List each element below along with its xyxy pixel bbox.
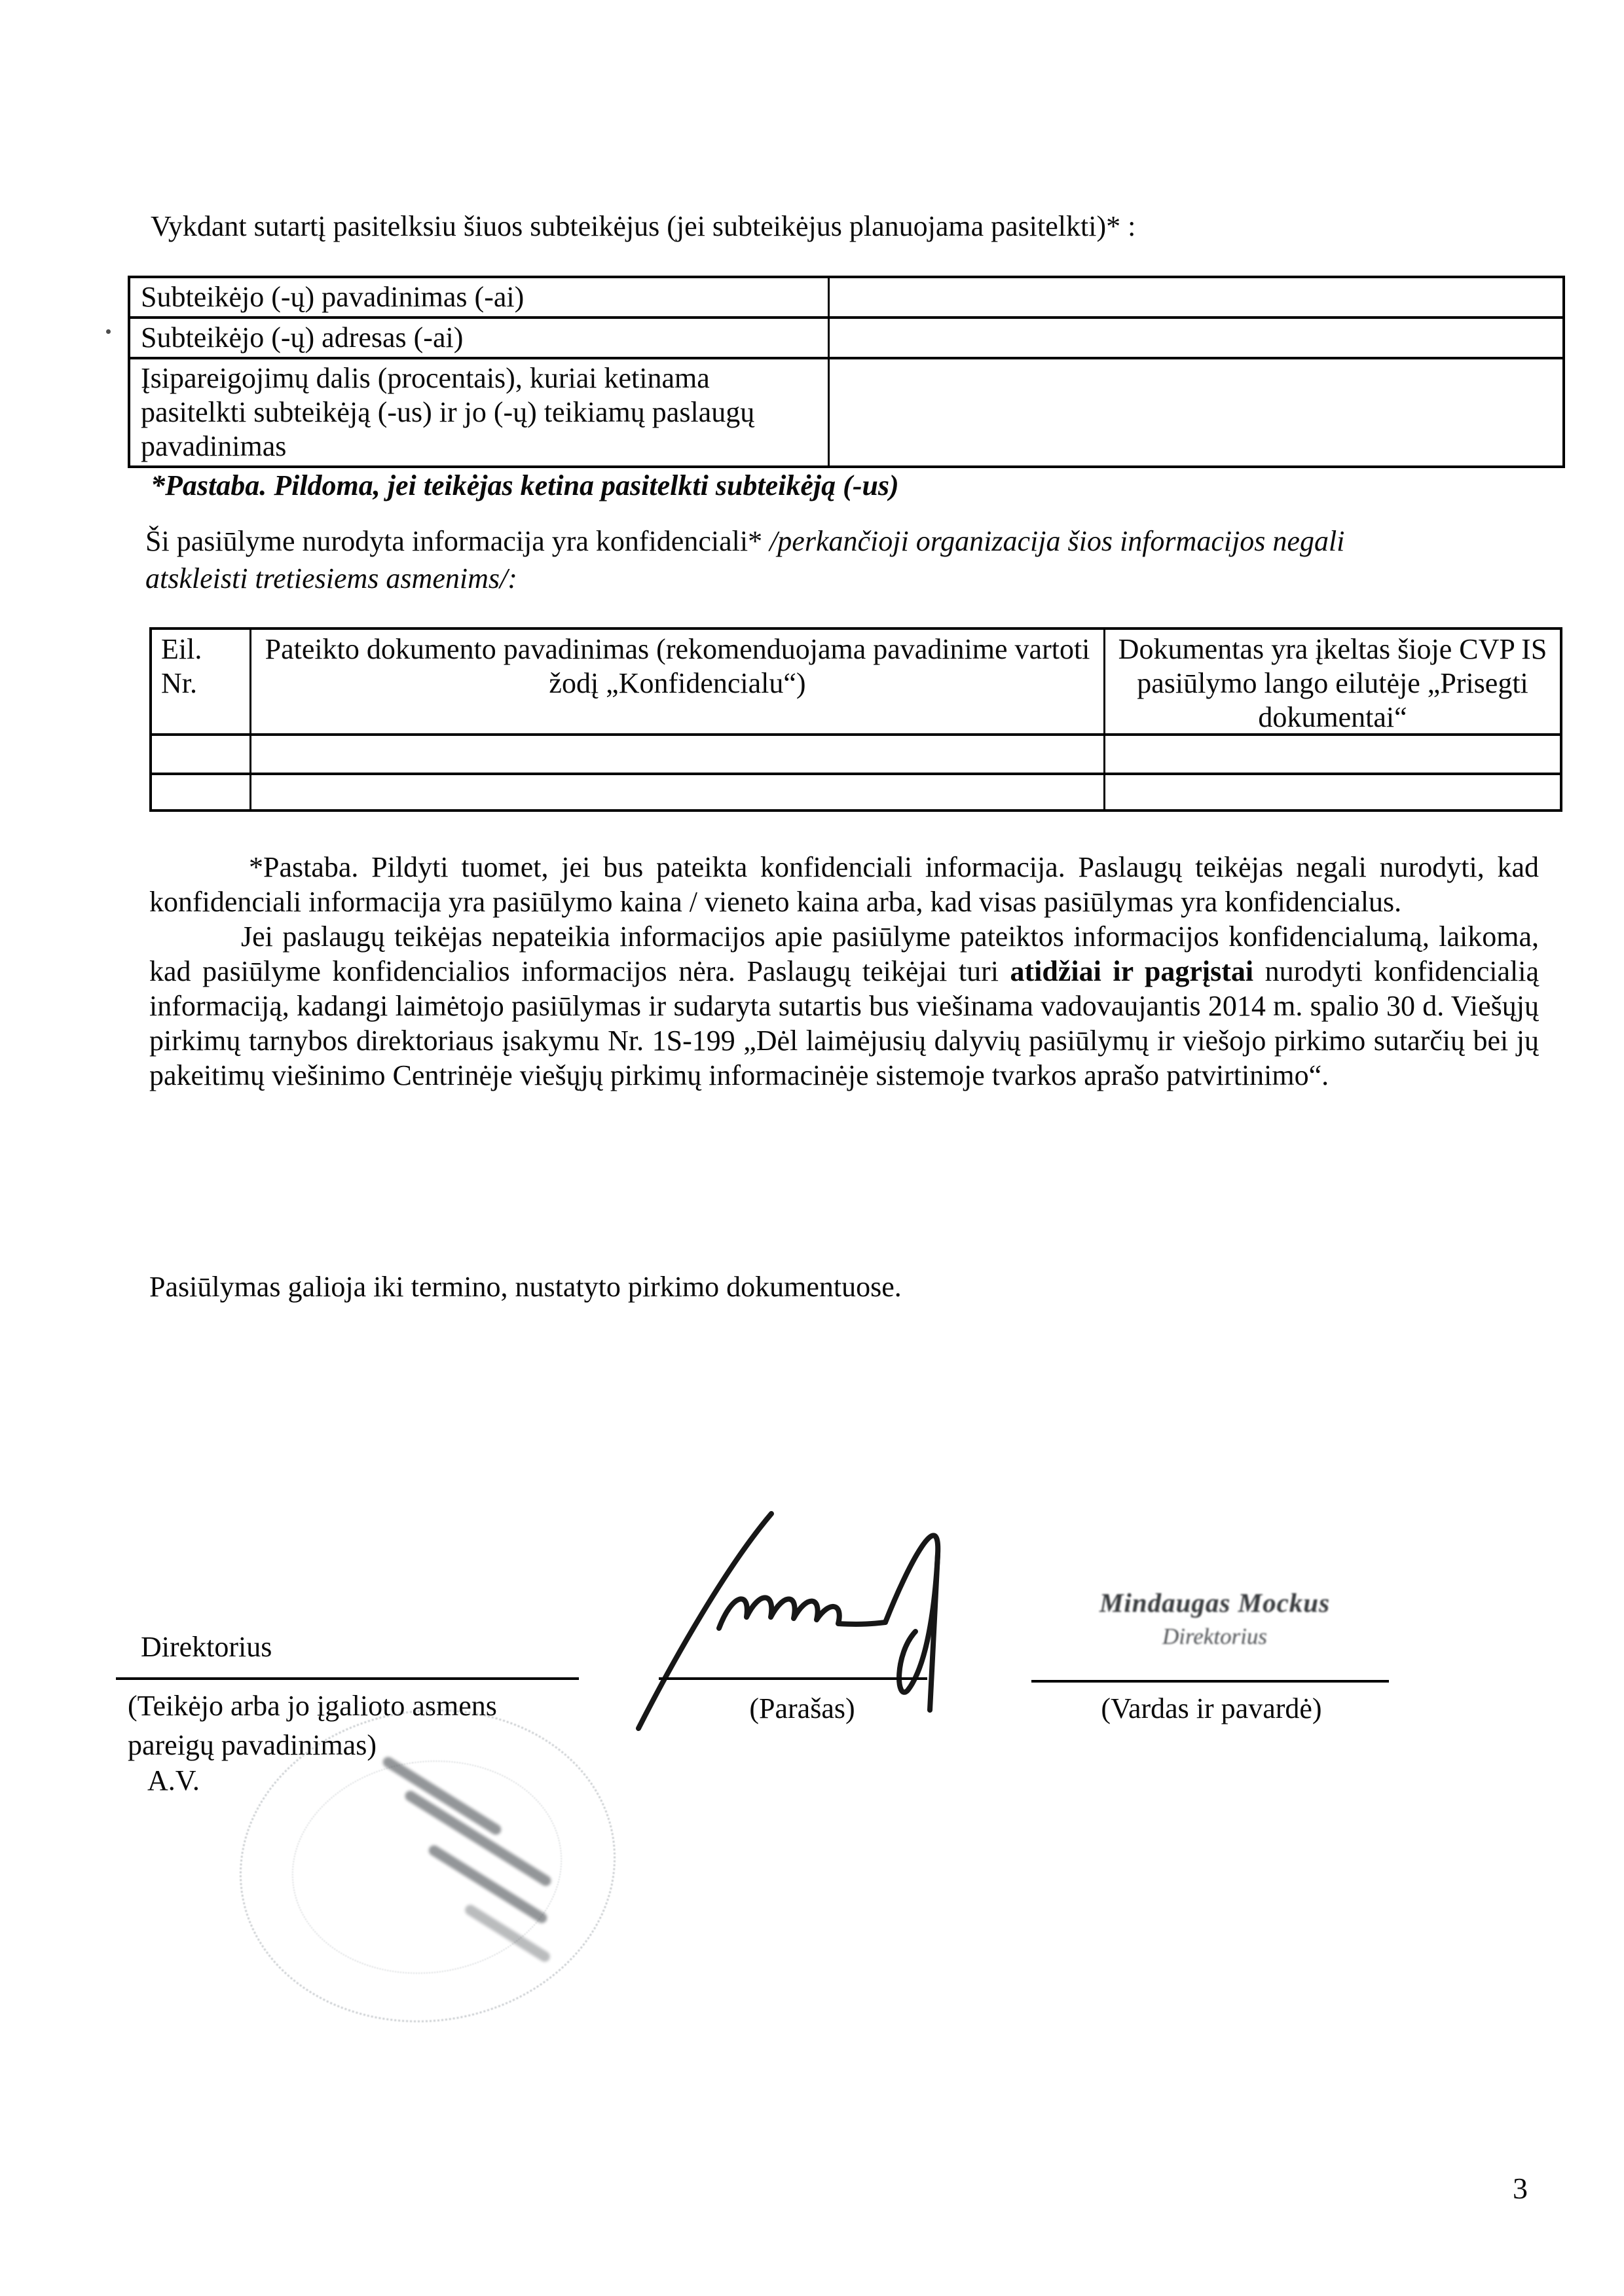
scanned-document-page: { "intro": { "line": "Vykdant sutartį pa…: [0, 0, 1624, 2296]
notes-paragraphs: *Pastaba. Pildyti tuomet, jei bus pateik…: [149, 850, 1539, 1093]
table-row-cell: [1105, 733, 1560, 773]
signer-position-title: Direktorius: [141, 1630, 272, 1664]
subcontractor-share-value: [830, 357, 1562, 465]
handwritten-signature: [602, 1494, 1074, 1743]
stamped-name: Mindaugas Mockus: [1067, 1587, 1362, 1618]
seal-abbreviation: A.V.: [147, 1764, 200, 1797]
subcontractor-name-value: [830, 278, 1562, 316]
table-row-cell: [152, 733, 251, 773]
table-row-cell: [1105, 773, 1560, 809]
confidentiality-intro: Ši pasiūlyme nurodyta informacija yra ko…: [145, 522, 1350, 597]
note-paragraph-2-bold: atidžiai ir pagrįstai: [1010, 955, 1254, 987]
validity-line: Pasiūlymas galioja iki termino, nustatyt…: [149, 1270, 902, 1303]
col-header-cvp-row: Dokumentas yra įkeltas šioje CVP IS pasi…: [1105, 630, 1560, 733]
subcontractor-name-label: Subteikėjo (-ų) pavadinimas (-ai): [130, 278, 830, 316]
stamped-title: Direktorius: [1067, 1624, 1362, 1650]
signature-line-left: [116, 1677, 579, 1680]
subcontractor-table-note: *Pastaba. Pildoma, jei teikėjas ketina p…: [151, 469, 899, 502]
note-paragraph-2: Jei paslaugų teikėjas nepateikia informa…: [149, 919, 1539, 1093]
subcontractor-address-value: [830, 316, 1562, 357]
page-number: 3: [1513, 2171, 1528, 2206]
table-row-cell: [251, 733, 1105, 773]
intro-line: Vykdant sutartį pasitelksiu šiuos subtei…: [151, 208, 1526, 245]
note-paragraph-1: *Pastaba. Pildyti tuomet, jei bus pateik…: [149, 850, 1539, 919]
signature-line-right: [1031, 1680, 1389, 1683]
table-row-cell: [152, 773, 251, 809]
col-header-eil-nr: Eil. Nr.: [152, 630, 251, 733]
confidential-documents-table: Eil. Nr. Pateikto dokumento pavadinimas …: [149, 627, 1562, 812]
subcontractor-share-label: Įsipareigojimų dalis (procentais), kuria…: [130, 357, 830, 465]
name-caption: (Vardas ir pavardė): [1061, 1692, 1362, 1725]
confidentiality-intro-normal: Ši pasiūlyme nurodyta informacija yra ko…: [145, 525, 769, 557]
table-row-cell: [251, 773, 1105, 809]
subcontractor-address-label: Subteikėjo (-ų) adresas (-ai): [130, 316, 830, 357]
subcontractor-table: Subteikėjo (-ų) pavadinimas (-ai) Subtei…: [128, 276, 1565, 468]
col-header-document-name: Pateikto dokumento pavadinimas (rekomend…: [251, 630, 1105, 733]
scan-artifact-dot: [106, 329, 111, 334]
